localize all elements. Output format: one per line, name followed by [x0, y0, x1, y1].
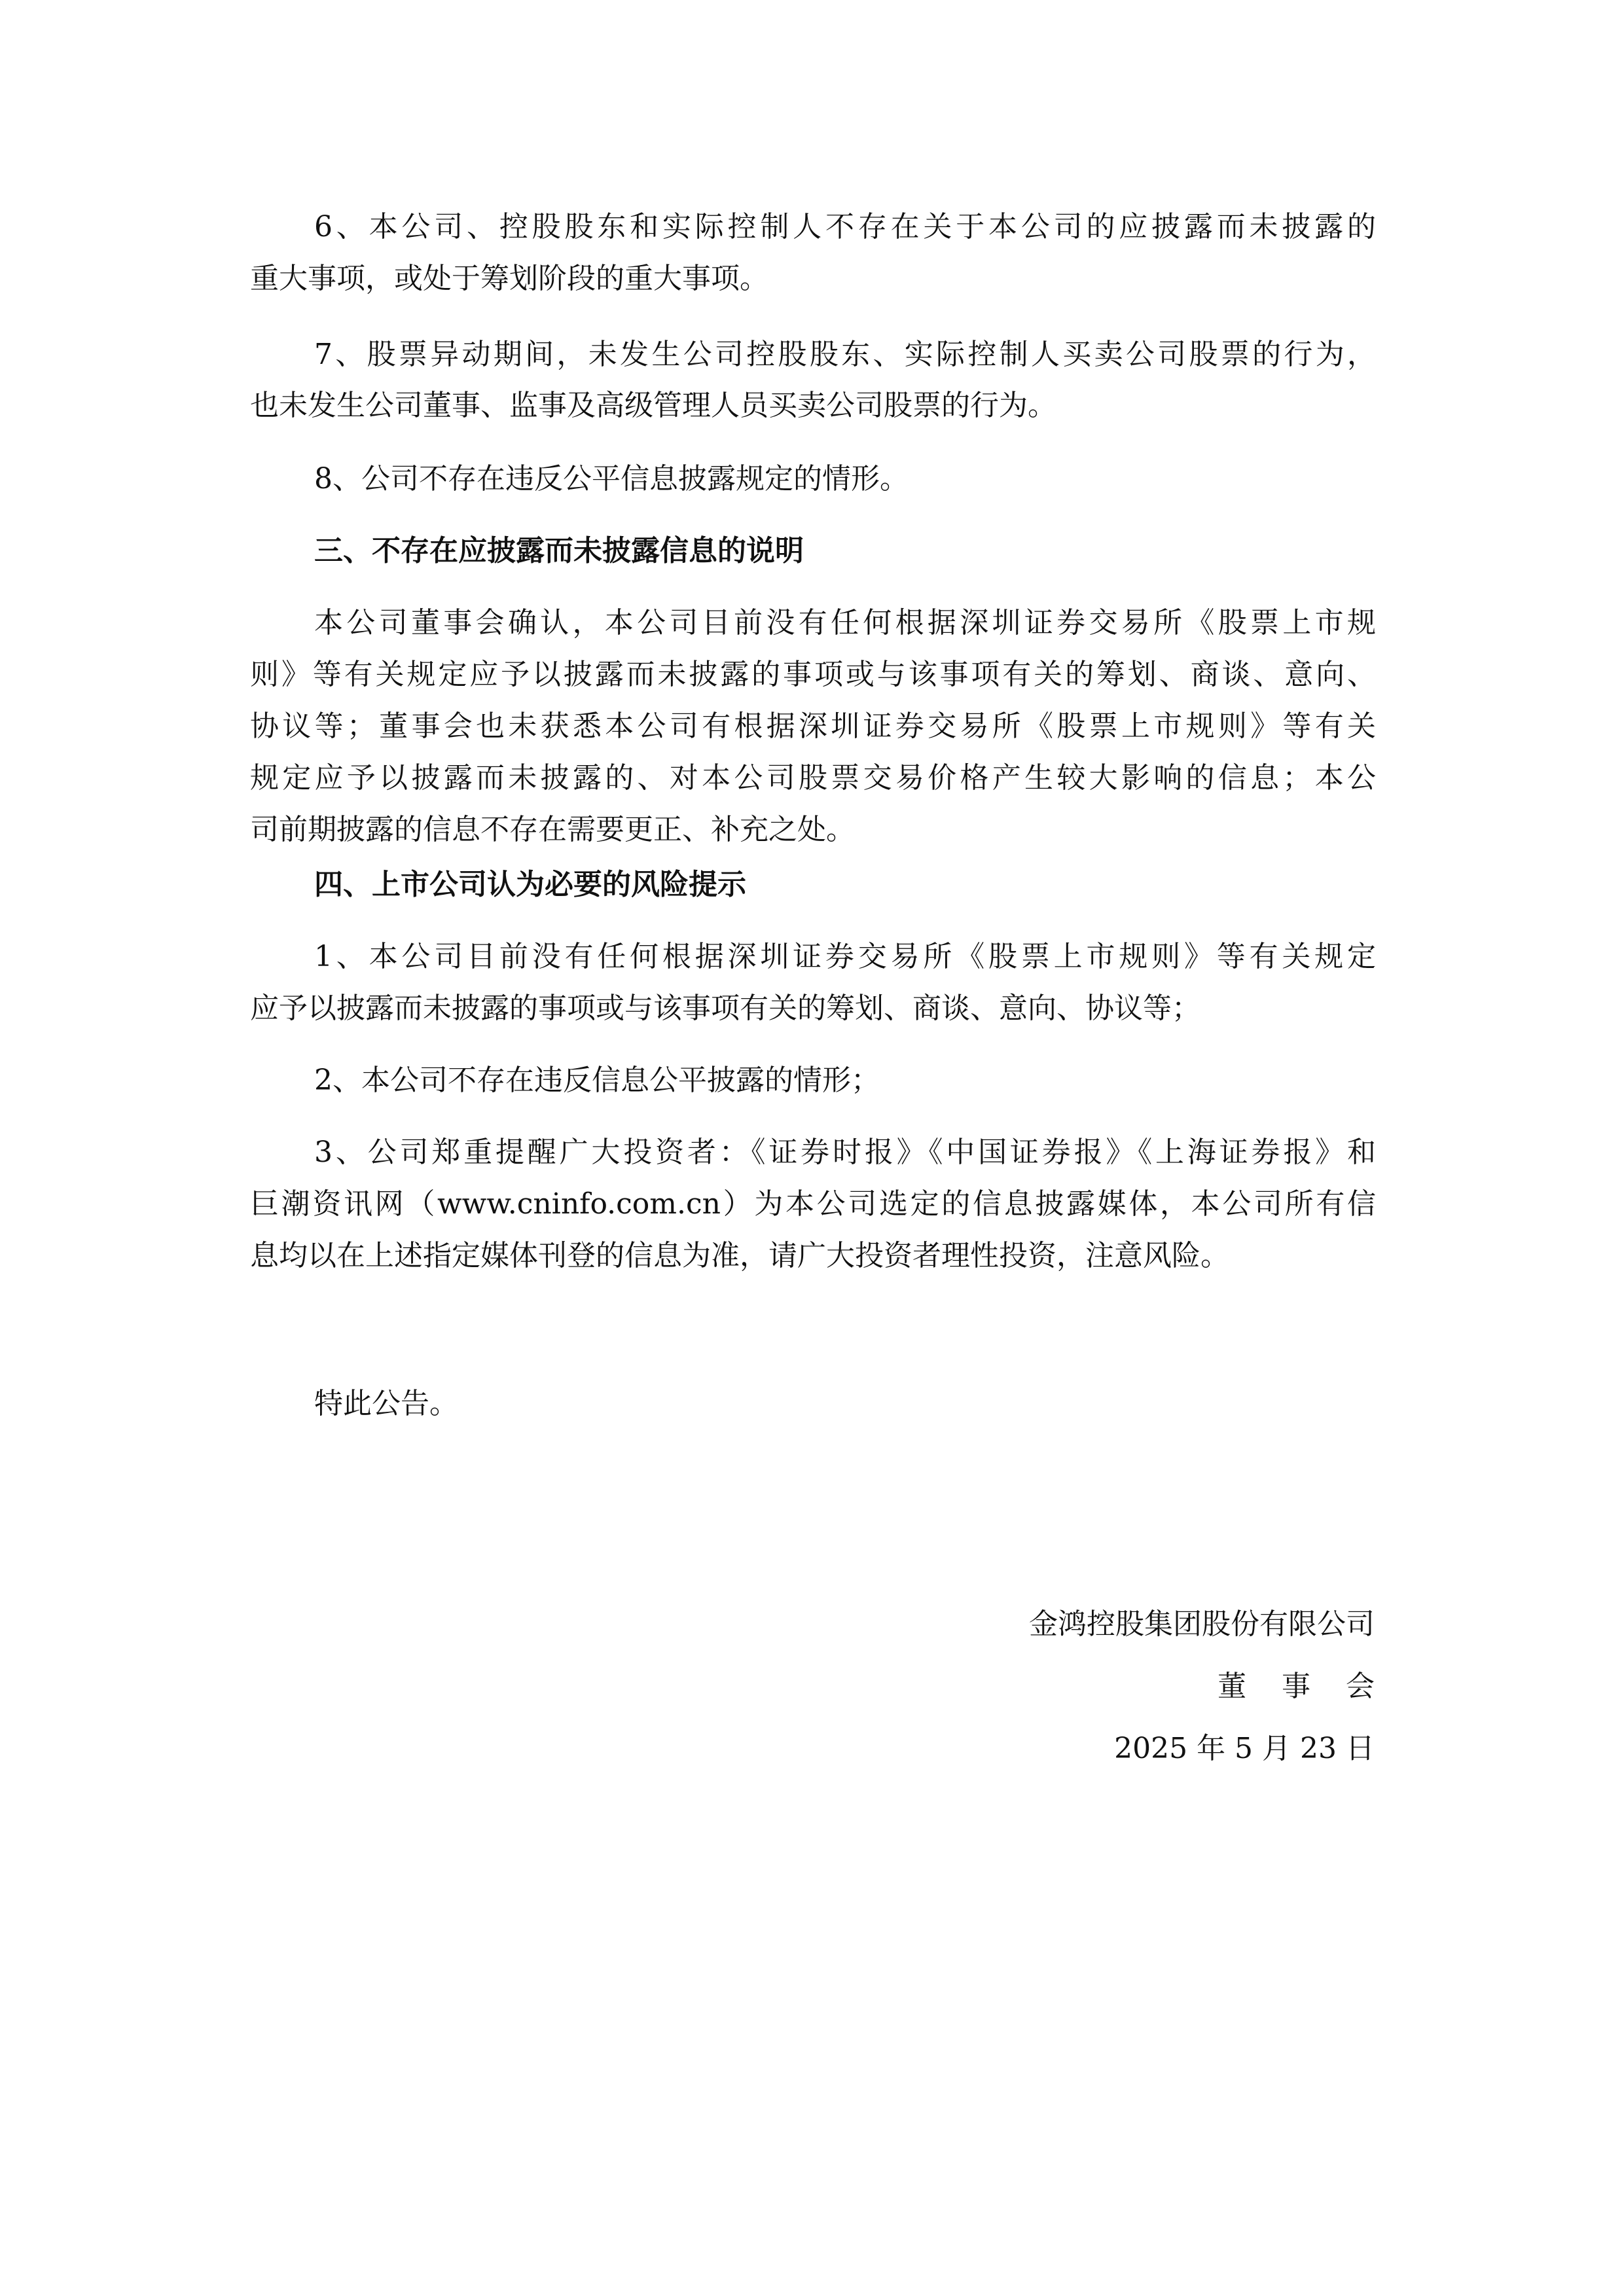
item-7-line-1: 7、股票异动期间，未发生公司控股股东、实际控制人买卖公司股票的行为， [314, 335, 1376, 374]
risk-3-line-2: 巨潮资讯网（www.cninfo.com.cn）为本公司选定的信息披露媒体，本公… [250, 1185, 1376, 1224]
item-6-line-2: 重大事项，或处于筹划阶段的重大事项。 [250, 259, 1376, 298]
risk-1-line-1: 1、本公司目前没有任何根据深圳证券交易所《股票上市规则》等有关规定 [314, 937, 1376, 977]
signature-company: 金鸿控股集团股份有限公司 [1029, 1605, 1375, 1644]
signature-board: 董事会 [1182, 1667, 1375, 1706]
signature-board-char-3: 会 [1310, 1667, 1375, 1706]
item-8-line-1: 8、公司不存在违反公平信息披露规定的情形。 [314, 459, 1376, 499]
signature-board-char-2: 事 [1246, 1667, 1310, 1706]
signature-date: 2025 年 5 月 23 日 [1114, 1729, 1375, 1768]
risk-3-line-1: 3、公司郑重提醒广大投资者：《证券时报》《中国证券报》《上海证券报》和 [314, 1133, 1376, 1172]
item-6-line-1: 6、本公司、控股股东和实际控制人不存在关于本公司的应披露而未披露的 [314, 207, 1376, 247]
section-3-body-line-4: 规定应予以披露而未披露的、对本公司股票交易价格产生较大影响的信息；本公 [250, 759, 1376, 798]
section-4-heading: 四、上市公司认为必要的风险提示 [314, 865, 1376, 905]
section-3-body-line-2: 则》等有关规定应予以披露而未披露的事项或与该事项有关的筹划、商谈、意向、 [250, 655, 1376, 694]
section-3-body-line-1: 本公司董事会确认，本公司目前没有任何根据深圳证券交易所《股票上市规 [314, 603, 1376, 643]
risk-1-line-2: 应予以披露而未披露的事项或与该事项有关的筹划、商谈、意向、协议等； [250, 989, 1376, 1028]
section-3-heading: 三、不存在应披露而未披露信息的说明 [314, 531, 1376, 571]
section-3-body-line-3: 协议等；董事会也未获悉本公司有根据深圳证券交易所《股票上市规则》等有关 [250, 707, 1376, 746]
risk-2-line-1: 2、本公司不存在违反信息公平披露的情形； [314, 1061, 1376, 1100]
item-7-line-2: 也未发生公司董事、监事及高级管理人员买卖公司股票的行为。 [250, 386, 1376, 425]
closing-statement: 特此公告。 [314, 1384, 1376, 1424]
section-3-body-line-5: 司前期披露的信息不存在需要更正、补充之处。 [250, 810, 1376, 850]
signature-board-char-1: 董 [1182, 1667, 1246, 1706]
risk-3-line-3: 息均以在上述指定媒体刊登的信息为准，请广大投资者理性投资，注意风险。 [250, 1236, 1376, 1276]
document-page: 6、本公司、控股股东和实际控制人不存在关于本公司的应披露而未披露的 重大事项，或… [0, 0, 1624, 2296]
